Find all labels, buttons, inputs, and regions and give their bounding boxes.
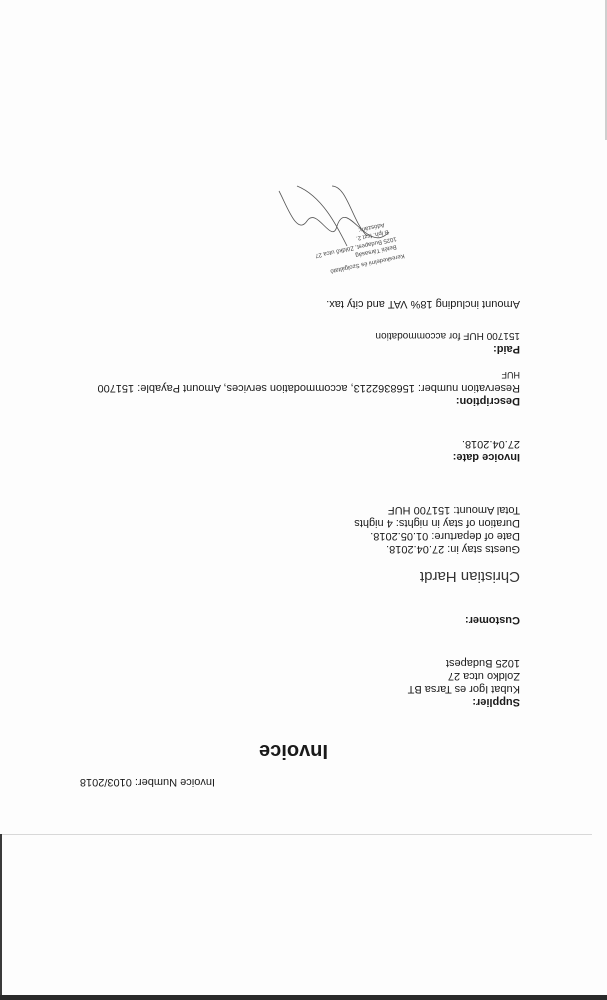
description-line1: Reservation number: 1568362213, accommod… [97, 381, 520, 394]
customer-duration: Duration of stay in nights: 4 nights [354, 516, 520, 529]
supplier-heading: Supplier: [472, 695, 520, 708]
supplier-city: 1025 Budapest [446, 656, 520, 669]
invoice-number-label: Invoice Number: [135, 776, 215, 788]
tax-note: Amount including 18% VAT and city tax. [326, 297, 520, 310]
customer-stay-in: Guests stay in: 27.04.2018. [386, 542, 520, 555]
supplier-street: Zoldko utca 27 [448, 669, 520, 682]
description-line2: HUF [502, 368, 521, 381]
company-stamp: Kereskedelmi és Szolgáltató Betéti Társa… [267, 176, 407, 266]
customer-departure: Date of departure: 01.05.2018. [370, 529, 520, 542]
invoice-number-value: 0103/2018 [80, 776, 132, 788]
invoice-number: Invoice Number: 0103/2018 [80, 775, 215, 788]
customer-heading: Customer: [465, 613, 520, 626]
page-title: Invoice [0, 739, 607, 762]
supplier-name: Kubat Igor es Tarsa BT [408, 682, 520, 695]
signature-icon [267, 176, 407, 266]
invoice-page: Invoice Number: 0103/2018 Invoice Suppli… [0, 0, 607, 1000]
paid-heading: Paid: [493, 342, 520, 355]
paid-value: 151700 HUF for accommodation [375, 329, 520, 342]
invoice-date-value: 27.04.2018. [462, 437, 520, 450]
description-heading: Description: [456, 394, 520, 407]
invoice-date-heading: Invoice date: [453, 450, 520, 463]
customer-total: Total Amount: 151700 HUF [388, 503, 520, 516]
customer-name: Christian Hardt [420, 568, 520, 585]
